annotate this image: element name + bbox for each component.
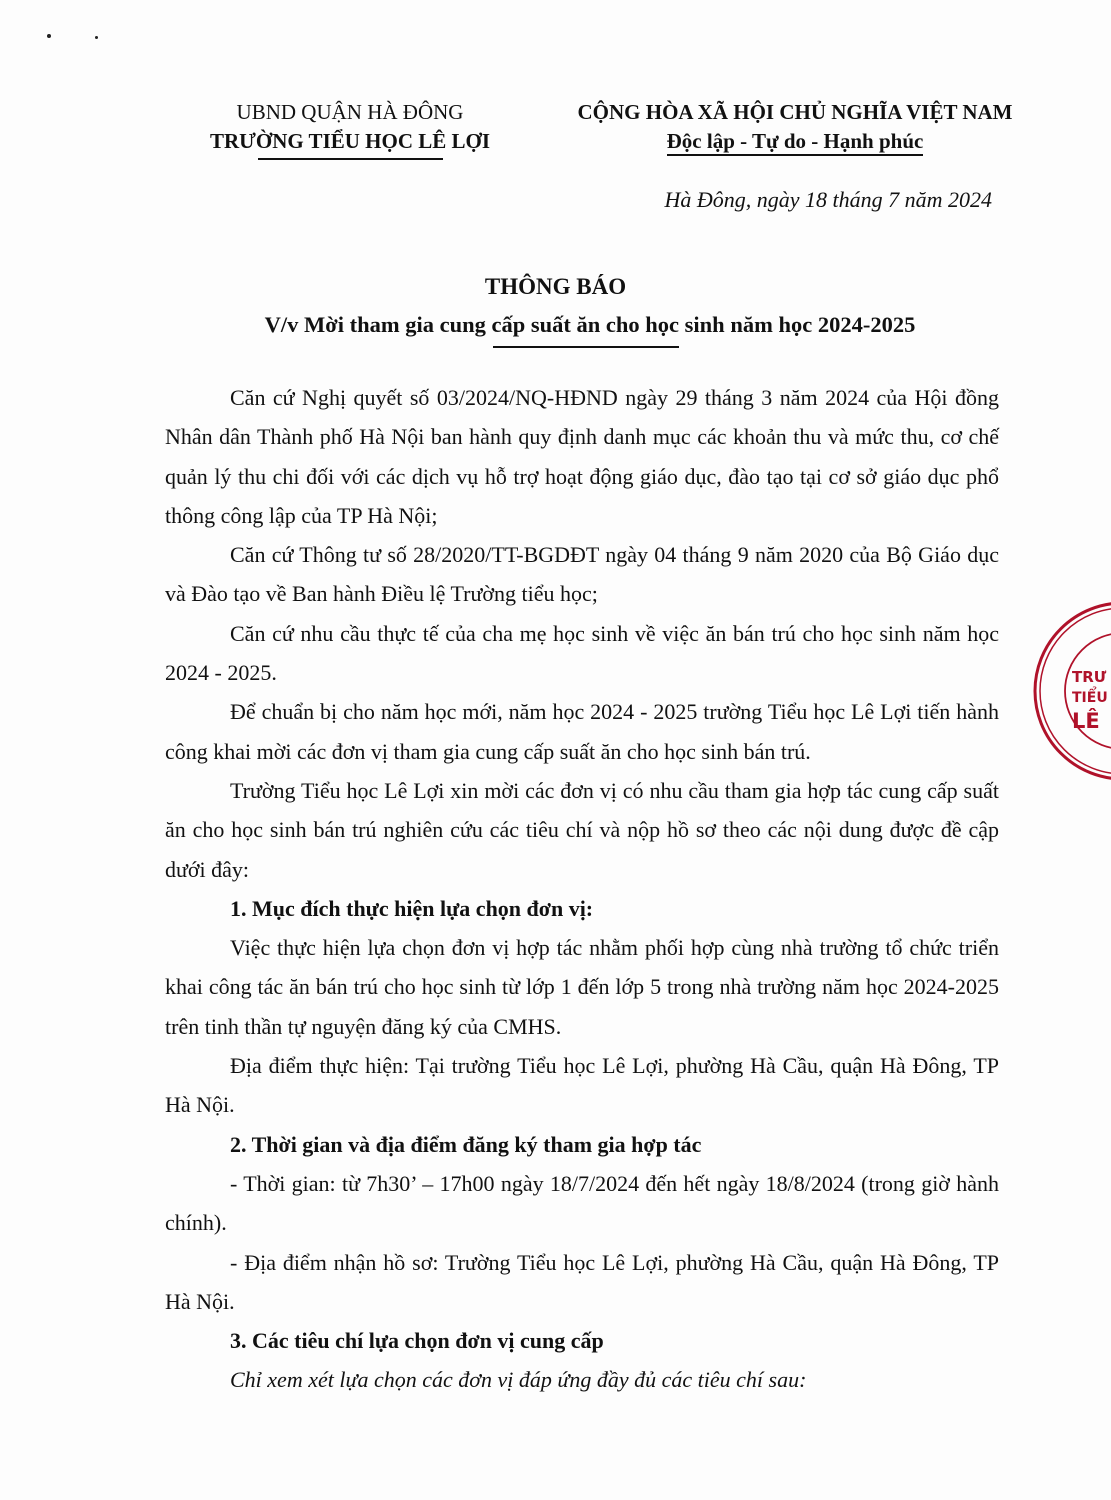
national-motto: CỘNG HÒA XÃ HỘI CHỦ NGHĨA VIỆT NAM Độc l… [560,98,1030,156]
school-name-underline [258,158,443,160]
svg-text:LÊ: LÊ [1072,708,1100,733]
svg-text:TIỂU: TIỂU [1072,686,1108,706]
official-seal-icon: ỦY BAN NHÂN DÂN QU TRƯ TIỂU LÊ [1028,596,1111,786]
svg-text:TRƯ: TRƯ [1072,668,1107,686]
paragraph: Căn cứ Thông tư số 28/2020/TT-BGDĐT ngày… [165,535,999,614]
school-name: TRƯỜNG TIỂU HỌC LÊ LỢI [190,127,510,156]
section-2-heading: 2. Thời gian và địa điểm đăng ký tham gi… [165,1125,999,1164]
paragraph: Việc thực hiện lựa chọn đơn vị hợp tác n… [165,928,999,1046]
issuing-authority: UBND QUẬN HÀ ĐÔNG TRƯỜNG TIỂU HỌC LÊ LỢI [190,98,510,160]
section-1-heading: 1. Mục đích thực hiện lựa chọn đơn vị: [165,889,999,928]
paragraph: - Địa điểm nhận hồ sơ: Trường Tiểu học L… [165,1243,999,1322]
document-subtitle: V/v Mời tham gia cung cấp suất ăn cho họ… [165,312,1015,338]
paragraph: - Thời gian: từ 7h30’ – 17h00 ngày 18/7/… [165,1164,999,1243]
paragraph: Trường Tiểu học Lê Lợi xin mời các đơn v… [165,771,999,889]
country-name: CỘNG HÒA XÃ HỘI CHỦ NGHĨA VIỆT NAM [560,98,1030,127]
paragraph: Địa điểm thực hiện: Tại trường Tiểu học … [165,1046,999,1125]
section-3-note: Chỉ xem xét lựa chọn các đơn vị đáp ứng … [165,1360,999,1399]
paragraph: Để chuẩn bị cho năm học mới, năm học 202… [165,692,999,771]
paragraph: Căn cứ nhu cầu thực tế của cha mẹ học si… [165,614,999,693]
document-date: Hà Đông, ngày 18 tháng 7 năm 2024 [560,187,1030,213]
authority-name: UBND QUẬN HÀ ĐÔNG [190,98,510,127]
scan-speck [47,34,51,38]
subtitle-underline [493,346,679,348]
paragraph: Căn cứ Nghị quyết số 03/2024/NQ-HĐND ngà… [165,378,999,535]
motto: Độc lập - Tự do - Hạnh phúc [560,127,1030,156]
document-title: THÔNG BÁO [0,274,1111,300]
section-3-heading: 3. Các tiêu chí lựa chọn đơn vị cung cấp [165,1321,999,1360]
scan-speck [95,36,98,39]
document-body: Căn cứ Nghị quyết số 03/2024/NQ-HĐND ngà… [165,378,999,1400]
